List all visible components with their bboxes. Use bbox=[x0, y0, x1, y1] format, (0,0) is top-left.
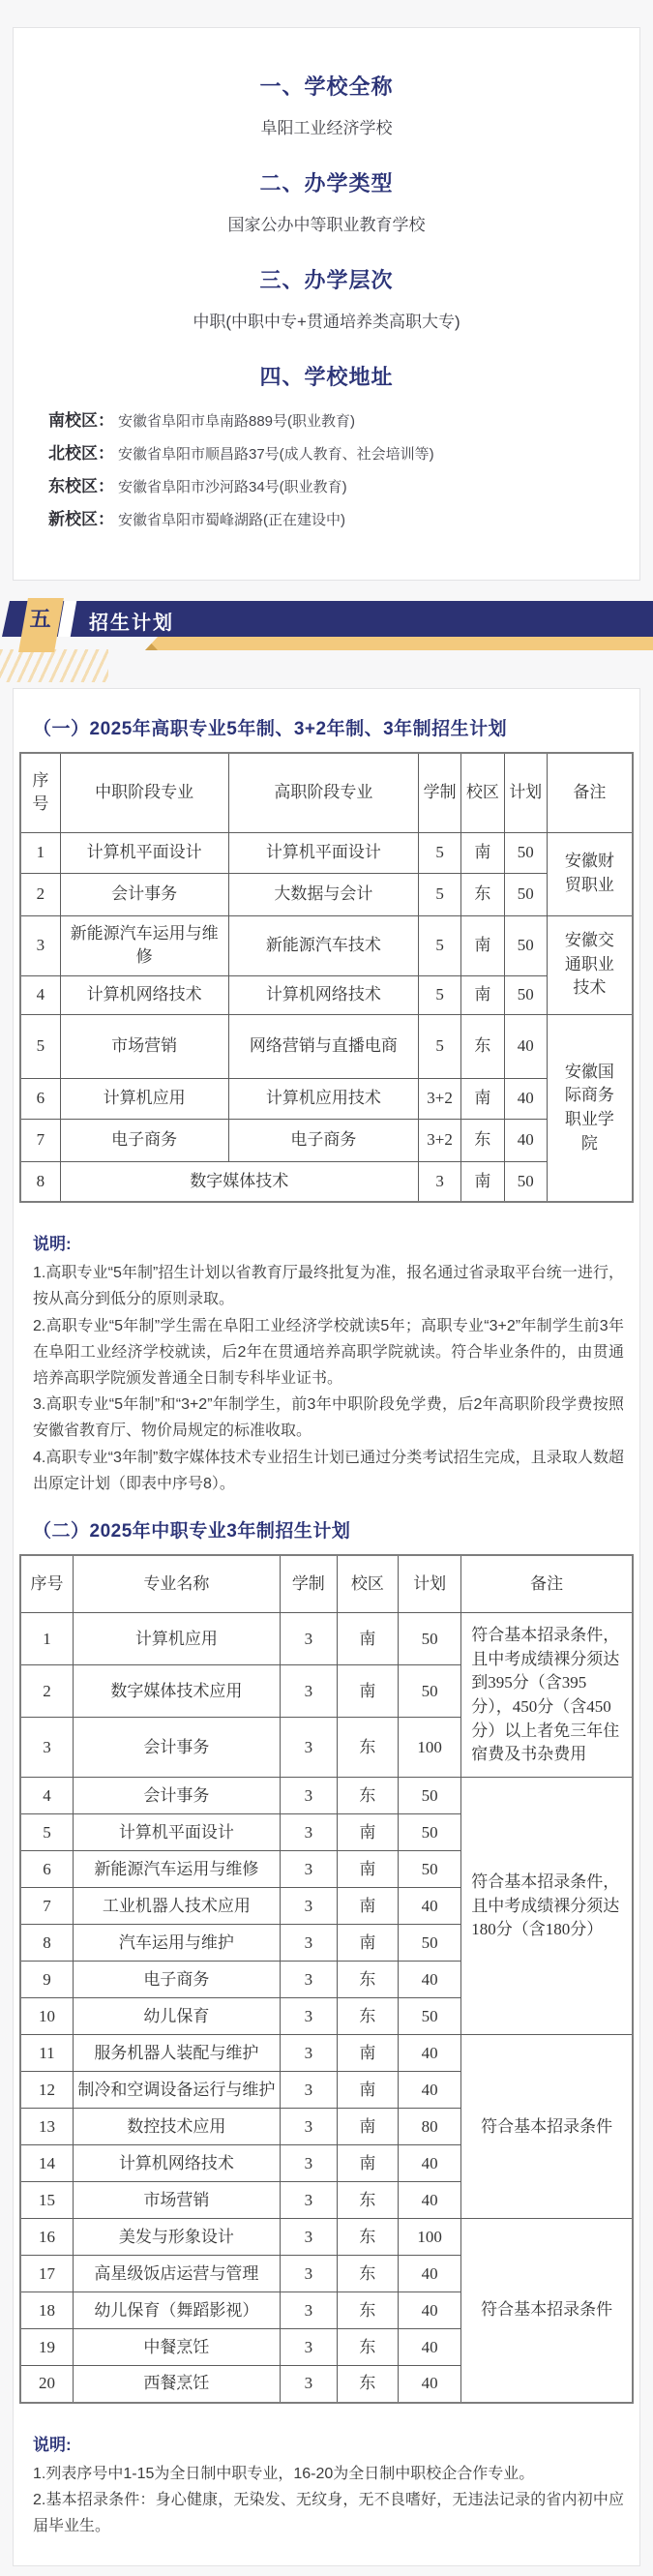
school-type-text: 国家公办中等职业教育学校 bbox=[33, 211, 620, 235]
table-row: 7 电子商务 电子商务 3+2 东 40 bbox=[20, 1119, 633, 1161]
cell-years: 3 bbox=[280, 1998, 337, 2035]
cell-no: 15 bbox=[20, 2182, 73, 2219]
address-new: 新校区：安徽省阜阳市蜀峰湖路(正在建设中) bbox=[48, 505, 620, 529]
table-row: 16 美发与形象设计 3 东 100 符合基本招录条件 bbox=[20, 2219, 633, 2256]
cell-major-name: 幼儿保育 bbox=[73, 1998, 280, 2035]
header-campus: 校区 bbox=[461, 753, 504, 832]
cell-years: 3 bbox=[280, 1925, 337, 1962]
cell-high-major: 网络营销与直播电商 bbox=[228, 1014, 418, 1078]
header-years: 学制 bbox=[418, 753, 460, 832]
cell-major-name: 数字媒体技术应用 bbox=[73, 1665, 280, 1718]
header-remark: 备注 bbox=[461, 1555, 633, 1613]
cell-plan: 40 bbox=[399, 2182, 461, 2219]
cell-no: 4 bbox=[20, 1778, 73, 1814]
cell-remark: 符合基本招录条件 bbox=[461, 2219, 633, 2403]
cell-campus: 南 bbox=[337, 1665, 398, 1718]
cell-plan: 50 bbox=[504, 832, 547, 873]
header-mid-major: 中职阶段专业 bbox=[60, 753, 228, 832]
cell-years: 5 bbox=[418, 915, 460, 975]
table-row: 1 计算机平面设计 计算机平面设计 5 南 50 安徽财贸职业 bbox=[20, 832, 633, 873]
banner-title: 招生计划 bbox=[89, 607, 174, 635]
section-banner: 五 招生计划 bbox=[0, 601, 653, 688]
banner-number: 五 bbox=[30, 603, 51, 652]
cell-campus: 东 bbox=[461, 873, 504, 915]
cell-years: 3 bbox=[280, 2292, 337, 2329]
table-row: 4 计算机网络技术 计算机网络技术 5 南 50 bbox=[20, 975, 633, 1014]
address-text: 安徽省阜阳市沙河路34号(职业教育) bbox=[118, 479, 347, 495]
header-major-name: 专业名称 bbox=[73, 1555, 280, 1613]
cell-years: 3 bbox=[280, 2035, 337, 2072]
cell-no: 20 bbox=[20, 2366, 73, 2403]
cell-plan: 80 bbox=[399, 2109, 461, 2145]
cell-years: 3 bbox=[280, 2366, 337, 2403]
cell-no: 7 bbox=[20, 1888, 73, 1925]
cell-high-major: 大数据与会计 bbox=[228, 873, 418, 915]
cell-remark: 符合基本招录条件，且中考成绩裸分须达180分（含180分） bbox=[461, 1778, 633, 2035]
cell-plan: 40 bbox=[399, 2366, 461, 2403]
address-label: 北校区： bbox=[48, 444, 114, 463]
cell-no: 16 bbox=[20, 2219, 73, 2256]
cell-no: 2 bbox=[20, 1665, 73, 1718]
cell-campus: 南 bbox=[337, 1925, 398, 1962]
cell-plan: 50 bbox=[504, 1161, 547, 1202]
cell-years: 3 bbox=[280, 1814, 337, 1851]
cell-remark: 符合基本招录条件 bbox=[461, 2035, 633, 2219]
notes-label: 说明: bbox=[33, 1230, 624, 1254]
cell-remark: 安徽交通职业技术 bbox=[547, 915, 633, 1014]
cell-plan: 50 bbox=[504, 873, 547, 915]
cell-campus: 东 bbox=[337, 2366, 398, 2403]
cell-years: 3 bbox=[280, 1888, 337, 1925]
table1-title: （一）2025年高职专业5年制、3+2年制、3年制招生计划 bbox=[33, 714, 634, 740]
address-east: 东校区：安徽省阜阳市沙河路34号(职业教育) bbox=[48, 472, 620, 496]
address-text: 安徽省阜阳市顺昌路37号(成人教育、社会培训等) bbox=[118, 446, 434, 463]
table-header-row: 序号 中职阶段专业 高职阶段专业 学制 校区 计划 备注 bbox=[20, 753, 633, 832]
cell-no: 10 bbox=[20, 1998, 73, 2035]
heading-school-level: 三、办学层次 bbox=[33, 264, 620, 294]
cell-merged-major: 数字媒体技术 bbox=[60, 1161, 418, 1202]
cell-plan: 40 bbox=[504, 1014, 547, 1078]
cell-high-major: 计算机应用技术 bbox=[228, 1078, 418, 1119]
cell-campus: 南 bbox=[461, 1161, 504, 1202]
cell-mid-major: 市场营销 bbox=[60, 1014, 228, 1078]
cell-no: 8 bbox=[20, 1161, 60, 1202]
header-no: 序号 bbox=[20, 1555, 73, 1613]
notes-block-1: 说明: 1.高职专业“5年制”招生计划以省教育厅最终批复为准，报名通过省录取平台… bbox=[33, 1230, 624, 1497]
cell-no: 1 bbox=[20, 1613, 73, 1665]
school-info-card: 一、学校全称 阜阳工业经济学校 二、办学类型 国家公办中等职业教育学校 三、办学… bbox=[13, 27, 640, 581]
cell-high-major: 新能源汽车技术 bbox=[228, 915, 418, 975]
cell-no: 11 bbox=[20, 2035, 73, 2072]
cell-plan: 50 bbox=[399, 1998, 461, 2035]
cell-campus: 南 bbox=[337, 2145, 398, 2182]
cell-plan: 40 bbox=[399, 2329, 461, 2366]
cell-years: 5 bbox=[418, 1014, 460, 1078]
cell-major-name: 电子商务 bbox=[73, 1962, 280, 1998]
cell-years: 3 bbox=[280, 1851, 337, 1888]
cell-no: 5 bbox=[20, 1814, 73, 1851]
address-text: 安徽省阜阳市蜀峰湖路(正在建设中) bbox=[118, 512, 345, 528]
cell-major-name: 中餐烹饪 bbox=[73, 2329, 280, 2366]
address-label: 新校区： bbox=[48, 510, 114, 528]
heading-school-address: 四、学校地址 bbox=[33, 361, 620, 391]
cell-major-name: 计算机平面设计 bbox=[73, 1814, 280, 1851]
cell-plan: 50 bbox=[399, 1851, 461, 1888]
cell-years: 3 bbox=[280, 2219, 337, 2256]
cell-major-name: 数控技术应用 bbox=[73, 2109, 280, 2145]
cell-campus: 南 bbox=[337, 2072, 398, 2109]
cell-no: 4 bbox=[20, 975, 60, 1014]
cell-plan: 50 bbox=[504, 975, 547, 1014]
cell-campus: 东 bbox=[461, 1014, 504, 1078]
cell-high-major: 电子商务 bbox=[228, 1119, 418, 1161]
cell-mid-major: 计算机应用 bbox=[60, 1078, 228, 1119]
cell-years: 5 bbox=[418, 873, 460, 915]
cell-years: 3 bbox=[418, 1161, 460, 1202]
cell-remark: 符合基本招录条件，且中考成绩裸分须达到395分（含395分），450分（含450… bbox=[461, 1613, 633, 1778]
cell-no: 12 bbox=[20, 2072, 73, 2109]
school-level-text: 中职(中职中专+贯通培养类高职大专) bbox=[33, 308, 620, 332]
cell-campus: 南 bbox=[461, 832, 504, 873]
cell-years: 3+2 bbox=[418, 1119, 460, 1161]
cell-plan: 40 bbox=[399, 2035, 461, 2072]
header-plan: 计划 bbox=[399, 1555, 461, 1613]
header-remark: 备注 bbox=[547, 753, 633, 832]
cell-plan: 40 bbox=[399, 1888, 461, 1925]
cell-campus: 南 bbox=[337, 2109, 398, 2145]
cell-campus: 南 bbox=[337, 1613, 398, 1665]
cell-campus: 东 bbox=[337, 2256, 398, 2292]
enrollment-plan-card: （一）2025年高职专业5年制、3+2年制、3年制招生计划 序号 中职阶段专业 … bbox=[13, 688, 640, 2566]
cell-major-name: 新能源汽车运用与维修 bbox=[73, 1851, 280, 1888]
cell-campus: 南 bbox=[337, 1851, 398, 1888]
cell-mid-major: 计算机平面设计 bbox=[60, 832, 228, 873]
cell-campus: 南 bbox=[337, 1888, 398, 1925]
cell-plan: 50 bbox=[399, 1925, 461, 1962]
cell-campus: 南 bbox=[337, 2035, 398, 2072]
cell-years: 5 bbox=[418, 975, 460, 1014]
cell-campus: 东 bbox=[337, 1718, 398, 1778]
cell-years: 5 bbox=[418, 832, 460, 873]
cell-plan: 50 bbox=[399, 1814, 461, 1851]
table-row: 2 会计事务 大数据与会计 5 东 50 bbox=[20, 873, 633, 915]
table-row: 4 会计事务 3 东 50 符合基本招录条件，且中考成绩裸分须达180分（含18… bbox=[20, 1778, 633, 1814]
secondary-vocational-plan-table: 序号 专业名称 学制 校区 计划 备注 1 计算机应用 3 南 50 符合基本招… bbox=[19, 1554, 634, 2404]
cell-campus: 南 bbox=[337, 1814, 398, 1851]
cell-plan: 40 bbox=[504, 1119, 547, 1161]
cell-major-name: 汽车运用与维护 bbox=[73, 1925, 280, 1962]
cell-campus: 东 bbox=[337, 2292, 398, 2329]
cell-major-name: 幼儿保育（舞蹈影视） bbox=[73, 2292, 280, 2329]
cell-plan: 100 bbox=[399, 2219, 461, 2256]
cell-plan: 40 bbox=[399, 2292, 461, 2329]
notes-block-2: 说明: 1.列表序号中1-15为全日制中职专业，16-20为全日制中职校企合作专… bbox=[33, 2431, 624, 2540]
cell-no: 13 bbox=[20, 2109, 73, 2145]
cell-remark: 安徽财贸职业 bbox=[547, 832, 633, 915]
cell-years: 3 bbox=[280, 2109, 337, 2145]
cell-years: 3 bbox=[280, 1665, 337, 1718]
notes-label: 说明: bbox=[33, 2431, 624, 2455]
address-list: 南校区：安徽省阜阳市阜南路889号(职业教育) 北校区：安徽省阜阳市顺昌路37号… bbox=[33, 406, 620, 529]
cell-plan: 40 bbox=[399, 1962, 461, 1998]
table-row: 6 计算机应用 计算机应用技术 3+2 南 40 bbox=[20, 1078, 633, 1119]
cell-no: 19 bbox=[20, 2329, 73, 2366]
note-item: 2.基本招录条件：身心健康，无染发、无纹身，无不良嗜好，无违法记录的省内初中应届… bbox=[33, 2487, 624, 2539]
cell-campus: 东 bbox=[337, 1998, 398, 2035]
cell-no: 2 bbox=[20, 873, 60, 915]
cell-major-name: 会计事务 bbox=[73, 1718, 280, 1778]
cell-major-name: 制冷和空调设备运行与维护 bbox=[73, 2072, 280, 2109]
cell-plan: 100 bbox=[399, 1718, 461, 1778]
cell-campus: 南 bbox=[461, 915, 504, 975]
higher-vocational-plan-table: 序号 中职阶段专业 高职阶段专业 学制 校区 计划 备注 1 计算机平面设计 计… bbox=[19, 752, 634, 1203]
table-header-row: 序号 专业名称 学制 校区 计划 备注 bbox=[20, 1555, 633, 1613]
cell-major-name: 计算机应用 bbox=[73, 1613, 280, 1665]
address-label: 东校区： bbox=[48, 477, 114, 495]
cell-no: 6 bbox=[20, 1078, 60, 1119]
cell-major-name: 西餐烹饪 bbox=[73, 2366, 280, 2403]
cell-major-name: 工业机器人技术应用 bbox=[73, 1888, 280, 1925]
cell-no: 9 bbox=[20, 1962, 73, 1998]
cell-plan: 50 bbox=[399, 1778, 461, 1814]
cell-campus: 东 bbox=[337, 1962, 398, 1998]
cell-plan: 40 bbox=[504, 1078, 547, 1119]
cell-years: 3 bbox=[280, 2329, 337, 2366]
cell-years: 3 bbox=[280, 2072, 337, 2109]
note-item: 1.列表序号中1-15为全日制中职专业，16-20为全日制中职校企合作专业。 bbox=[33, 2461, 624, 2487]
school-name-text: 阜阳工业经济学校 bbox=[33, 114, 620, 138]
table-row: 8 数字媒体技术 3 南 50 bbox=[20, 1161, 633, 1202]
cell-no: 8 bbox=[20, 1925, 73, 1962]
cell-mid-major: 计算机网络技术 bbox=[60, 975, 228, 1014]
cell-mid-major: 会计事务 bbox=[60, 873, 228, 915]
cell-years: 3 bbox=[280, 1613, 337, 1665]
cell-campus: 东 bbox=[337, 1778, 398, 1814]
table-row: 11 服务机器人装配与维护 3 南 40 符合基本招录条件 bbox=[20, 2035, 633, 2072]
note-item: 1.高职专业“5年制”招生计划以省教育厅最终批复为准，报名通过省录取平台统一进行… bbox=[33, 1260, 624, 1312]
cell-major-name: 计算机网络技术 bbox=[73, 2145, 280, 2182]
cell-years: 3 bbox=[280, 2256, 337, 2292]
heading-school-name: 一、学校全称 bbox=[33, 71, 620, 101]
cell-campus: 南 bbox=[461, 975, 504, 1014]
cell-remark: 安徽国际商务职业学院 bbox=[547, 1014, 633, 1202]
cell-years: 3 bbox=[280, 1718, 337, 1778]
table-row: 5 市场营销 网络营销与直播电商 5 东 40 安徽国际商务职业学院 bbox=[20, 1014, 633, 1078]
cell-major-name: 美发与形象设计 bbox=[73, 2219, 280, 2256]
cell-no: 17 bbox=[20, 2256, 73, 2292]
cell-high-major: 计算机网络技术 bbox=[228, 975, 418, 1014]
table-row: 1 计算机应用 3 南 50 符合基本招录条件，且中考成绩裸分须达到395分（含… bbox=[20, 1613, 633, 1665]
cell-mid-major: 电子商务 bbox=[60, 1119, 228, 1161]
cell-major-name: 市场营销 bbox=[73, 2182, 280, 2219]
cell-years: 3 bbox=[280, 1778, 337, 1814]
cell-campus: 东 bbox=[461, 1119, 504, 1161]
cell-no: 7 bbox=[20, 1119, 60, 1161]
cell-no: 1 bbox=[20, 832, 60, 873]
header-plan: 计划 bbox=[504, 753, 547, 832]
page: 一、学校全称 阜阳工业经济学校 二、办学类型 国家公办中等职业教育学校 三、办学… bbox=[0, 27, 653, 2576]
address-north: 北校区：安徽省阜阳市顺昌路37号(成人教育、社会培训等) bbox=[48, 439, 620, 464]
cell-years: 3 bbox=[280, 2182, 337, 2219]
cell-mid-major: 新能源汽车运用与维修 bbox=[60, 915, 228, 975]
address-south: 南校区：安徽省阜阳市阜南路889号(职业教育) bbox=[48, 406, 620, 431]
heading-school-type: 二、办学类型 bbox=[33, 167, 620, 197]
cell-no: 3 bbox=[20, 1718, 73, 1778]
note-item: 4.高职专业“3年制”数字媒体技术专业招生计划已通过分类考试招生完成，且录取人数… bbox=[33, 1445, 624, 1497]
cell-campus: 东 bbox=[337, 2219, 398, 2256]
cell-plan: 40 bbox=[399, 2072, 461, 2109]
note-item: 3.高职专业“5年制”和“3+2”年制学生，前3年中职阶段免学费，后2年高职阶段… bbox=[33, 1392, 624, 1444]
cell-no: 6 bbox=[20, 1851, 73, 1888]
header-years: 学制 bbox=[280, 1555, 337, 1613]
header-high-major: 高职阶段专业 bbox=[228, 753, 418, 832]
cell-plan: 50 bbox=[399, 1613, 461, 1665]
cell-campus: 东 bbox=[337, 2329, 398, 2366]
address-label: 南校区： bbox=[48, 411, 114, 430]
cell-plan: 50 bbox=[399, 1665, 461, 1718]
cell-years: 3+2 bbox=[418, 1078, 460, 1119]
table2-title: （二）2025年中职专业3年制招生计划 bbox=[33, 1516, 634, 1543]
cell-high-major: 计算机平面设计 bbox=[228, 832, 418, 873]
cell-plan: 40 bbox=[399, 2256, 461, 2292]
cell-major-name: 会计事务 bbox=[73, 1778, 280, 1814]
cell-no: 14 bbox=[20, 2145, 73, 2182]
banner-hatch-decoration bbox=[0, 649, 108, 682]
cell-plan: 50 bbox=[504, 915, 547, 975]
cell-plan: 40 bbox=[399, 2145, 461, 2182]
cell-major-name: 高星级饭店运营与管理 bbox=[73, 2256, 280, 2292]
table-row: 3 新能源汽车运用与维修 新能源汽车技术 5 南 50 安徽交通职业技术 bbox=[20, 915, 633, 975]
note-item: 2.高职专业“5年制”学生需在阜阳工业经济学校就读5年；高职专业“3+2”年制学… bbox=[33, 1313, 624, 1393]
cell-campus: 东 bbox=[337, 2182, 398, 2219]
banner-underline-strip bbox=[145, 637, 653, 650]
cell-years: 3 bbox=[280, 1962, 337, 1998]
cell-no: 5 bbox=[20, 1014, 60, 1078]
address-text: 安徽省阜阳市阜南路889号(职业教育) bbox=[118, 413, 355, 430]
cell-no: 18 bbox=[20, 2292, 73, 2329]
cell-major-name: 服务机器人装配与维护 bbox=[73, 2035, 280, 2072]
header-campus: 校区 bbox=[337, 1555, 398, 1613]
cell-campus: 南 bbox=[461, 1078, 504, 1119]
cell-no: 3 bbox=[20, 915, 60, 975]
header-no: 序号 bbox=[20, 753, 60, 832]
cell-years: 3 bbox=[280, 2145, 337, 2182]
